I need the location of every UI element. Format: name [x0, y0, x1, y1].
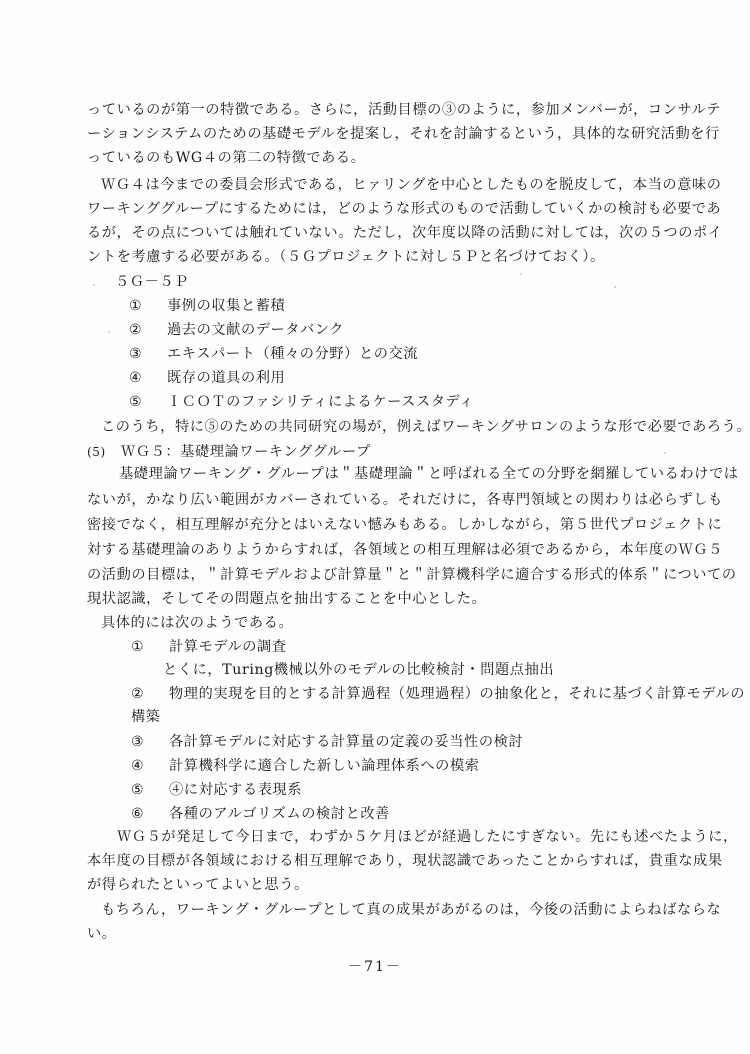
document-page: っているのが第一の特徴である。さらに，活動目標の③のように，参加メンバーが，コン…	[0, 0, 750, 1054]
text-line: の活動の目標は，＂計算モデルおよび計算量＂と＂計算機科学に適合する形式的体系＂に…	[87, 566, 737, 584]
text-line: ントを考慮する必要がある。（５Ｇプロジェクトに対し５Ｐと名づけておく）。	[87, 248, 605, 266]
list-item: ④計算機科学に適合した新しい論理体系への模索	[131, 757, 480, 775]
scan-speck	[614, 286, 616, 288]
list-marker: ③	[129, 345, 167, 363]
text-line: ないが，かなり広い範囲がカバーされている。それだけに，各専門領域との関わりは必ら…	[87, 491, 723, 509]
section-number: (5)	[87, 443, 121, 461]
list-item-text: 物理的実現を目的とする計算過程（処理過程）の抽象化と，それに基づく計算モデルの	[169, 686, 745, 702]
scan-speck	[520, 273, 522, 275]
list-marker: ③	[131, 733, 169, 751]
text-line: 本年度の目標が各領域における相互理解であり，現状認識であったことからすれば，貴重…	[87, 852, 723, 870]
text-line: もちろん，ワーキング・グループとして真の成果があがるのは，今後の活動によらねばな…	[101, 901, 721, 919]
list-marker: ④	[131, 757, 169, 775]
scan-speck	[664, 452, 666, 454]
list-item-text: 計算機科学に適合した新しい論理体系への模索	[169, 758, 480, 774]
list-item-text: 過去の文献のデータバンク	[167, 322, 344, 338]
text-line: このうち，特に⑤のための共同研究の場が，例えばワーキングサロンのような形で必要で…	[101, 418, 750, 436]
list-item-continuation: 構築	[131, 708, 161, 726]
list-item-text: 計算モデルの調査	[169, 639, 287, 655]
text-line: 具体的には次のようである。	[101, 614, 293, 632]
list-item-sub: とくに，Turing機械以外のモデルの比較検討・問題点抽出	[163, 661, 554, 679]
text-line: 密接でなく，相互理解が充分とはいえない憾みもある。しかしながら，第５世代プロジェ…	[87, 516, 722, 534]
list-item-text: 既存の道具の利用	[167, 370, 285, 386]
text-line: ＷＧ４は今までの委員会形式である，ヒァリングを中心としたものを脱皮して，本当の意…	[101, 176, 722, 194]
list-item: ⑤④に対応する表現系	[131, 781, 302, 799]
list-item: ②過去の文献のデータバンク	[129, 321, 344, 339]
list-marker: ②	[129, 321, 167, 339]
list-item: ⑤ＩＣＯＴのファシリティによるケーススタディ	[129, 393, 474, 411]
text-line: るが，その点については触れていない。ただし，次年度以降の活動に対しては，次の５つ…	[87, 224, 723, 242]
list-item-text: ＩＣＯＴのファシリティによるケーススタディ	[167, 394, 474, 410]
section-heading: (5)ＷＧ５：基礎理論ワーキンググループ	[87, 443, 371, 461]
list-item: ①計算モデルの調査	[131, 638, 287, 656]
page-number: －71－	[0, 956, 750, 976]
list-marker: ⑥	[131, 805, 169, 823]
list-marker: ⑤	[129, 393, 167, 411]
text-line: が得られたといってよいと思う。	[87, 876, 309, 894]
text-line: ワーキンググループにするためには，どのような形式のもので活動していくかの検討も必…	[87, 200, 721, 218]
text-line: 現状認識，そしてその問題点を抽出することを中心とした。	[87, 590, 486, 608]
text-line: っているのが第一の特徴である。さらに，活動目標の③のように，参加メンバーが，コン…	[87, 101, 721, 119]
list-item-text: 各計算モデルに対応する計算量の定義の妥当性の検討	[169, 734, 523, 750]
scan-speck	[108, 331, 110, 333]
list-item: ①事例の収集と蓄積	[129, 297, 285, 315]
list-marker: ①	[131, 638, 169, 656]
text-line: 対する基礎理論のありようからすれば，各領域との相互理解は必須であるから，本年度の…	[87, 541, 723, 559]
text-line: い。	[87, 925, 117, 943]
list-item-text: ④に対応する表現系	[169, 782, 302, 798]
list-marker: ①	[129, 297, 167, 315]
text-line: ＷＧ５が発足して今日まで，わずか５ケ月ほどが経過したにすぎない。先にも述べたよう…	[117, 828, 738, 846]
list-marker: ④	[129, 369, 167, 387]
list-item: ⑥各種のアルゴリズムの検討と改善	[131, 805, 390, 823]
section-title: ＷＧ５：基礎理論ワーキンググループ	[121, 444, 371, 460]
list-marker: ②	[131, 685, 169, 703]
text-line: ーションシステムのための基礎モデルを提案し，それを討論するという，具体的な研究活…	[87, 125, 720, 143]
scan-speck	[93, 284, 95, 286]
list-item-text: 各種のアルゴリズムの検討と改善	[169, 806, 390, 822]
list-item: ③エキスパート（種々の分野）との交流	[129, 345, 418, 363]
text-line: 基礎理論ワーキング・グループは＂基礎理論＂と呼ばれる全ての分野を網羅しているわけ…	[119, 465, 739, 483]
list-item-text: 事例の収集と蓄積	[167, 298, 285, 314]
list-item-text: エキスパート（種々の分野）との交流	[167, 346, 418, 362]
list-marker: ⑤	[131, 781, 169, 799]
text-line: っているのもWG４の第二の特徴である。	[87, 149, 366, 167]
list-item: ④既存の道具の利用	[129, 369, 285, 387]
list-item: ③各計算モデルに対応する計算量の定義の妥当性の検討	[131, 733, 523, 751]
list-title: ５Ｇ－５Ｐ	[115, 273, 189, 291]
list-item: ②物理的実現を目的とする計算過程（処理過程）の抽象化と，それに基づく計算モデルの	[131, 685, 745, 703]
